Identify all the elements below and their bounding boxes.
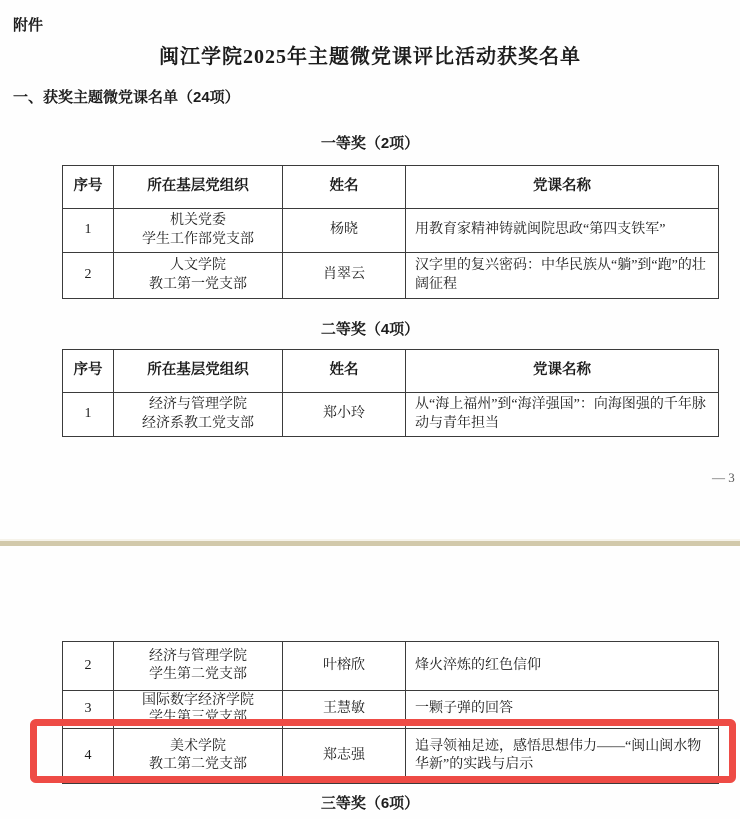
column-header-name: 姓名	[283, 166, 406, 209]
org-line: 经济与管理学院	[118, 396, 278, 414]
column-header-course: 党课名称	[406, 350, 719, 393]
third-prize-heading: 三等奖（6项）	[0, 792, 740, 813]
org-line: 学生第二党支部	[118, 666, 278, 684]
column-header-no: 序号	[63, 166, 114, 209]
document-viewer: { "colors": { "highlight_red": "#ee4b45"…	[0, 0, 740, 819]
first-prize-table: 序号 所在基层党组织 姓名 党课名称 1 机关党委 学生工作部党支部 杨晓 用教…	[62, 165, 719, 299]
org-cell: 人文学院 教工第一党支部	[114, 253, 283, 299]
name-cell: 肖翠云	[283, 253, 406, 299]
name-cell: 叶榕欣	[283, 642, 406, 691]
org-line: 国际数字经济学院	[118, 693, 278, 710]
org-line: 学生工作部党支部	[118, 231, 278, 249]
table-row: 2 经济与管理学院 学生第二党支部 叶榕欣 烽火淬炼的红色信仰	[63, 642, 719, 691]
document-title: 闽江学院2025年主题微党课评比活动获奖名单	[0, 40, 740, 69]
org-line: 机关党委	[118, 212, 278, 230]
page-divider	[0, 541, 740, 546]
name-cell: 郑小玲	[283, 393, 406, 437]
table-row: 1 机关党委 学生工作部党支部 杨晓 用教育家精神铸就闽院思政“第四支铁军”	[63, 209, 719, 253]
column-header-org: 所在基层党组织	[114, 350, 283, 393]
row-number-cell: 2	[63, 642, 114, 691]
course-cell: 汉字里的复兴密码：中华民族从“躺”到“跑”的壮阔征程	[406, 253, 719, 299]
org-cell: 经济与管理学院 学生第二党支部	[114, 642, 283, 691]
attachment-label: 附件	[13, 14, 43, 35]
org-line: 教工第一党支部	[118, 276, 278, 294]
row-number-cell: 1	[63, 209, 114, 253]
table-header-row: 序号 所在基层党组织 姓名 党课名称	[63, 350, 719, 393]
org-line: 经济与管理学院	[118, 648, 278, 666]
column-header-no: 序号	[63, 350, 114, 393]
table-header-row: 序号 所在基层党组织 姓名 党课名称	[63, 166, 719, 209]
column-header-name: 姓名	[283, 350, 406, 393]
course-cell: 用教育家精神铸就闽院思政“第四支铁军”	[406, 209, 719, 253]
table-row: 1 经济与管理学院 经济系教工党支部 郑小玲 从“海上福州”到“海洋强国”：向海…	[63, 393, 719, 437]
org-cell: 经济与管理学院 经济系教工党支部	[114, 393, 283, 437]
column-header-org: 所在基层党组织	[114, 166, 283, 209]
section-heading: 一、获奖主题微党课名单（24项）	[13, 86, 240, 107]
org-line: 人文学院	[118, 257, 278, 275]
course-cell: 烽火淬炼的红色信仰	[406, 642, 719, 691]
name-cell: 杨晓	[283, 209, 406, 253]
row-number-cell: 1	[63, 393, 114, 437]
org-cell: 机关党委 学生工作部党支部	[114, 209, 283, 253]
table-row: 2 人文学院 教工第一党支部 肖翠云 汉字里的复兴密码：中华民族从“躺”到“跑”…	[63, 253, 719, 299]
column-header-course: 党课名称	[406, 166, 719, 209]
org-line: 经济系教工党支部	[118, 415, 278, 433]
first-prize-heading: 一等奖（2项）	[0, 132, 740, 153]
row-number-cell: 2	[63, 253, 114, 299]
page-number: — 3	[712, 470, 735, 486]
second-prize-heading: 二等奖（4项）	[0, 318, 740, 339]
course-cell: 从“海上福州”到“海洋强国”：向海图强的千年脉动与青年担当	[406, 393, 719, 437]
highlight-box	[30, 719, 736, 783]
second-prize-table: 序号 所在基层党组织 姓名 党课名称 1 经济与管理学院 经济系教工党支部 郑小…	[62, 349, 719, 437]
